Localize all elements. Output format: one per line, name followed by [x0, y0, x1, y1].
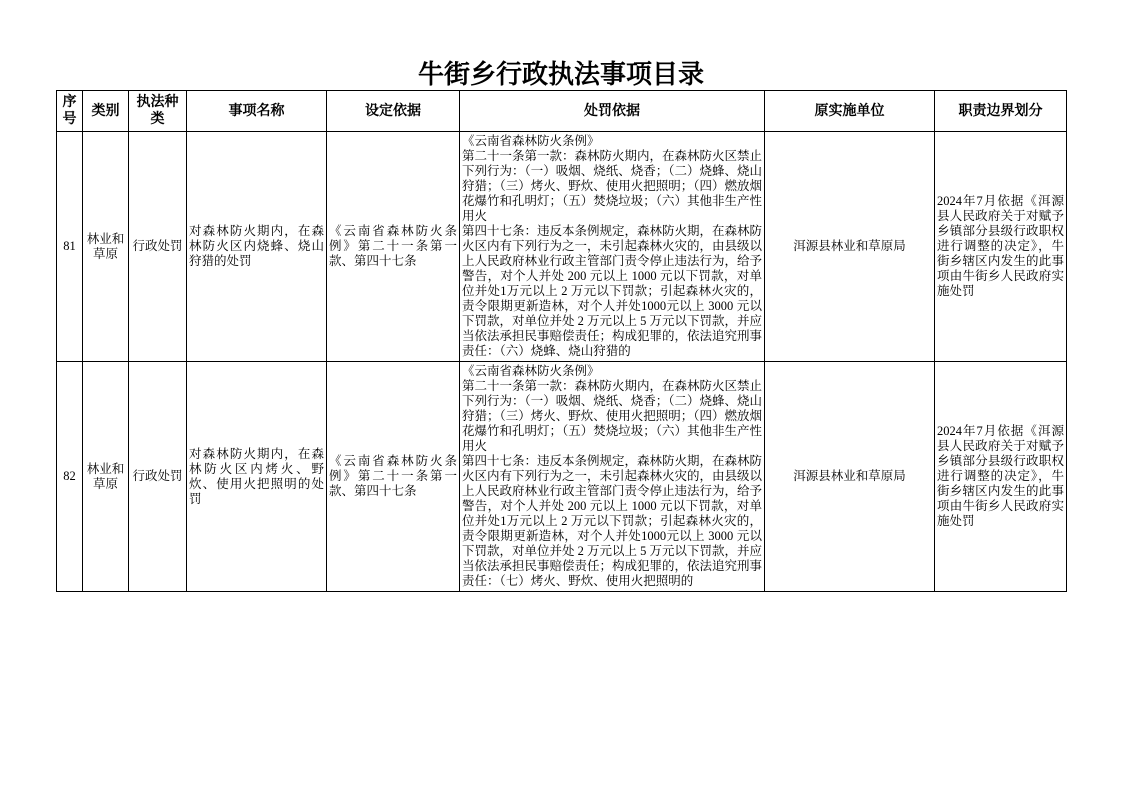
col-header-seq: 序号: [57, 91, 83, 132]
col-header-boundary: 职责边界划分: [935, 91, 1067, 132]
cell-item-name: 对森林防火期内，在森林防火区内烤火、野炊、使用火把照明的处罚: [187, 362, 327, 592]
cell-setting-basis: 《云南省森林防火条例》第二十一条第一款、第四十七条: [327, 362, 460, 592]
col-header-setting-basis: 设定依据: [327, 91, 460, 132]
table-row: 81 林业和草原 行政处罚 对森林防火期内，在森林防火区内烧蜂、烧山狩猎的处罚 …: [57, 132, 1067, 362]
cell-seq: 81: [57, 132, 83, 362]
cell-boundary: 2024年7月依据《洱源县人民政府关于对赋予乡镇部分县级行政职权进行调整的决定》…: [935, 362, 1067, 592]
cell-penalty-basis: 《云南省森林防火条例》 第二十一条第一款：森林防火期内，在森林防火区禁止下列行为…: [460, 132, 765, 362]
cell-enforcement-type: 行政处罚: [129, 362, 187, 592]
cell-item-name: 对森林防火期内，在森林防火区内烧蜂、烧山狩猎的处罚: [187, 132, 327, 362]
cell-original-unit: 洱源县林业和草原局: [765, 132, 935, 362]
document-page: 牛街乡行政执法事项目录 序号 类别 执法种类 事项名称 设定依据 处罚依据 原实…: [0, 0, 1122, 793]
cell-setting-basis: 《云南省森林防火条例》第二十一条第一款、第四十七条: [327, 132, 460, 362]
col-header-category: 类别: [83, 91, 129, 132]
col-header-item-name: 事项名称: [187, 91, 327, 132]
cell-category: 林业和草原: [83, 362, 129, 592]
cell-category: 林业和草原: [83, 132, 129, 362]
cell-boundary: 2024年7月依据《洱源县人民政府关于对赋予乡镇部分县级行政职权进行调整的决定》…: [935, 132, 1067, 362]
enforcement-items-table: 序号 类别 执法种类 事项名称 设定依据 处罚依据 原实施单位 职责边界划分 8…: [56, 90, 1067, 592]
col-header-original-unit: 原实施单位: [765, 91, 935, 132]
cell-penalty-basis: 《云南省森林防火条例》 第二十一条第一款：森林防火期内，在森林防火区禁止下列行为…: [460, 362, 765, 592]
table-header-row: 序号 类别 执法种类 事项名称 设定依据 处罚依据 原实施单位 职责边界划分: [57, 91, 1067, 132]
cell-original-unit: 洱源县林业和草原局: [765, 362, 935, 592]
page-title: 牛街乡行政执法事项目录: [56, 54, 1066, 91]
cell-seq: 82: [57, 362, 83, 592]
table-row: 82 林业和草原 行政处罚 对森林防火期内，在森林防火区内烤火、野炊、使用火把照…: [57, 362, 1067, 592]
col-header-enforcement-type: 执法种类: [129, 91, 187, 132]
cell-enforcement-type: 行政处罚: [129, 132, 187, 362]
col-header-penalty-basis: 处罚依据: [460, 91, 765, 132]
